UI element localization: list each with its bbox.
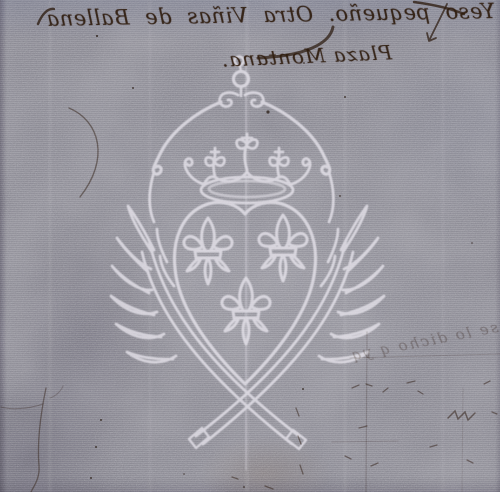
paper-background	[0, 0, 500, 492]
manuscript-photo: { "meta": { "title": "Laid manuscript pa…	[0, 0, 500, 492]
